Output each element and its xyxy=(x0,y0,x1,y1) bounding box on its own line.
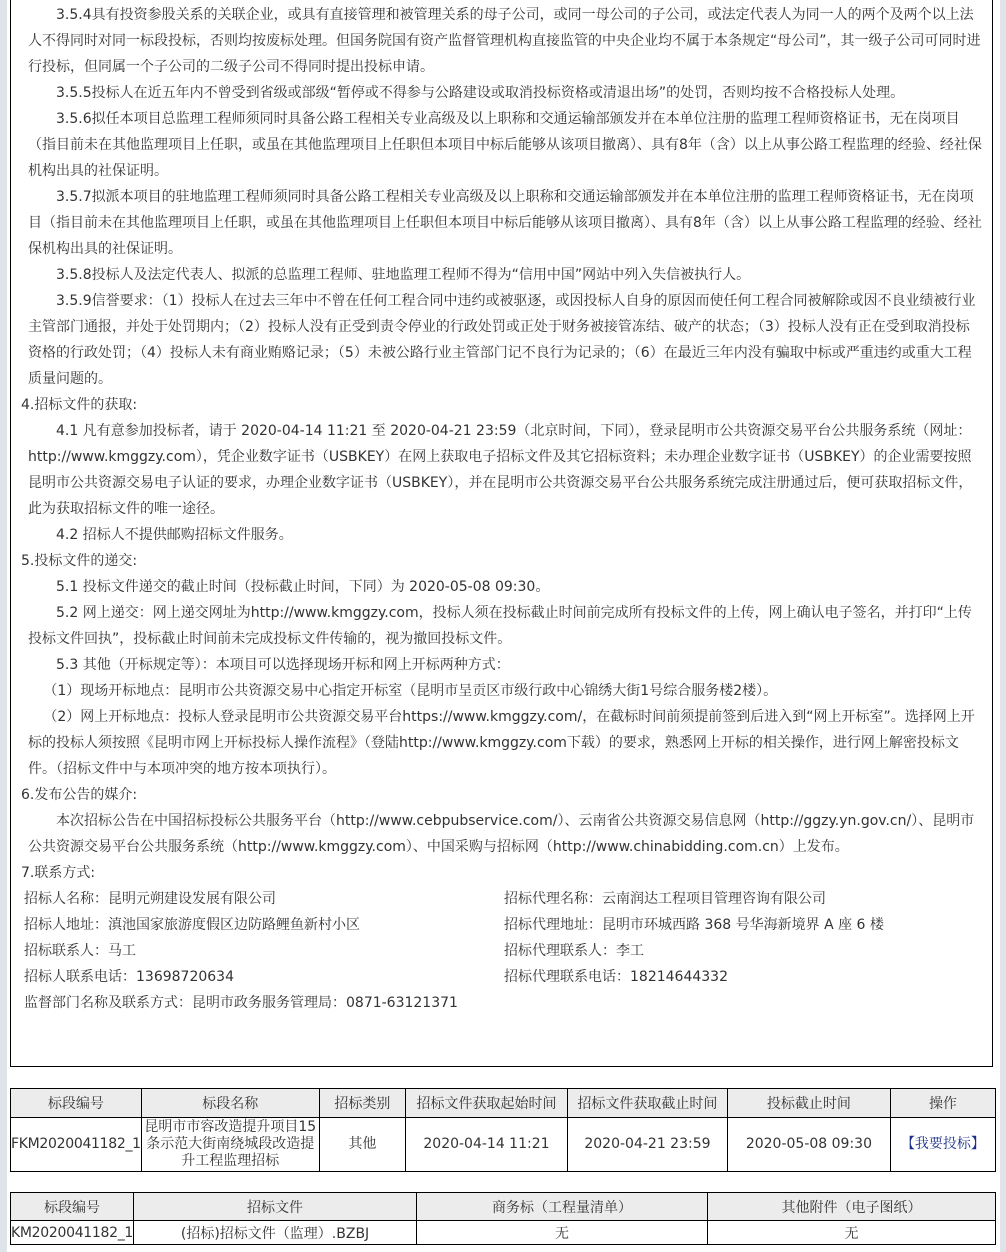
clause-3-5-9: 3.5.9信誉要求：（1）投标人在过去三年中不曾在任何工程合同中违约或被驱逐，或… xyxy=(28,288,982,392)
section-5-heading: 5.投标文件的递交: xyxy=(21,548,982,574)
clause-5-1: 5.1 投标文件递交的截止时间（投标截止时间，下同）为 2020-05-08 0… xyxy=(28,574,982,600)
col-header-bid-deadline: 投标截止时间 xyxy=(727,1089,890,1118)
clause-5-3-online: （2）网上开标地点：投标人登录昆明市公共资源交易平台https://www.km… xyxy=(28,704,982,782)
file-section-code: KM2020041182_1 xyxy=(11,1221,134,1245)
col-header-section-name: 标段名称 xyxy=(141,1089,319,1118)
doc-end-time: 2020-04-21 23:59 xyxy=(567,1118,727,1172)
clause-3-5-8: 3.5.8投标人及法定代表人、拟派的总监理工程师、驻地监理工程师不得为“信用中国… xyxy=(28,262,982,288)
tenderer-address: 招标人地址：滇池国家旅游度假区边防路鲤鱼新村小区 xyxy=(24,912,504,938)
files-table-header: 标段编号 招标文件 商务标（工程量清单） 其他附件（电子图纸） xyxy=(11,1193,996,1221)
clause-5-2: 5.2 网上递交：网上递交网址为http://www.kmggzy.com，投标… xyxy=(28,600,982,652)
section-code: FKM2020041182_1 xyxy=(11,1118,142,1172)
clause-5-3-onsite: （1）现场开标地点：昆明市公共资源交易中心指定开标室（昆明市呈贡区市级行政中心锦… xyxy=(28,678,982,704)
submit-bid-link[interactable]: 【我要投标】 xyxy=(901,1136,985,1152)
col-header-action: 操作 xyxy=(890,1089,995,1118)
table-row: KM2020041182_1 (招标)招标文件（监理）.BZBJ 无 无 xyxy=(11,1221,996,1245)
clause-3-5-6: 3.5.6拟任本项目总监理工程师须同时具备公路工程相关专业高级及以上职称和交通运… xyxy=(28,106,982,184)
agent-name: 招标代理名称：云南润达工程项目管理咨询有限公司 xyxy=(504,886,982,912)
tenderer-name: 招标人名称：昆明元朔建设发展有限公司 xyxy=(24,886,504,912)
col-header-section-code: 标段编号 xyxy=(11,1089,142,1118)
col-header-section-code: 标段编号 xyxy=(11,1193,134,1221)
agent-phone: 招标代理联系电话：18214644332 xyxy=(504,964,982,990)
col-header-doc-start: 招标文件获取起始时间 xyxy=(405,1089,567,1118)
col-header-category: 招标类别 xyxy=(319,1089,405,1118)
sections-table-header: 标段编号 标段名称 招标类别 招标文件获取起始时间 招标文件获取截止时间 投标截… xyxy=(11,1089,996,1118)
tenderer-contact: 招标联系人：马工 xyxy=(24,938,504,964)
announcement-body: 3.5.4具有投资参股关系的关联企业，或具有直接管理和被管理关系的母子公司，或同… xyxy=(10,0,993,1067)
commercial-file: 无 xyxy=(417,1221,708,1245)
bid-deadline: 2020-05-08 09:30 xyxy=(727,1118,890,1172)
action-cell: 【我要投标】 xyxy=(890,1118,995,1172)
tenderer-phone: 招标人联系电话：13698720634 xyxy=(24,964,504,990)
sections-table: 标段编号 标段名称 招标类别 招标文件获取起始时间 招标文件获取截止时间 投标截… xyxy=(10,1088,996,1172)
clause-5-3: 5.3 其他（开标规定等）：本项目可以选择现场开标和网上开标两种方式： xyxy=(28,652,982,678)
attachment-file: 无 xyxy=(707,1221,995,1245)
doc-start-time: 2020-04-14 11:21 xyxy=(405,1118,567,1172)
col-header-commercial: 商务标（工程量清单） xyxy=(417,1193,708,1221)
agent-address: 招标代理地址：昆明市环城西路 368 号华海新境界 A 座 6 楼 xyxy=(504,912,982,938)
table-row: FKM2020041182_1 昆明市市容改造提升项目15条示范大街南绕城段改造… xyxy=(11,1118,996,1172)
contact-grid: 招标人名称：昆明元朔建设发展有限公司 招标代理名称：云南润达工程项目管理咨询有限… xyxy=(24,886,982,990)
col-header-doc-end: 招标文件获取截止时间 xyxy=(567,1089,727,1118)
clause-3-5-7: 3.5.7拟派本项目的驻地监理工程师须同时具备公路工程相关专业高级及以上职称和交… xyxy=(28,184,982,262)
section-4-heading: 4.招标文件的获取: xyxy=(21,392,982,418)
page: 3.5.4具有投资参股关系的关联企业，或具有直接管理和被管理关系的母子公司，或同… xyxy=(7,0,1000,1252)
col-header-attachments: 其他附件（电子图纸） xyxy=(707,1193,995,1221)
tender-file[interactable]: (招标)招标文件（监理）.BZBJ xyxy=(134,1221,417,1245)
files-table: 标段编号 招标文件 商务标（工程量清单） 其他附件（电子图纸） KM202004… xyxy=(10,1192,996,1245)
clause-4-1: 4.1 凡有意参加投标者，请于 2020-04-14 11:21 至 2020-… xyxy=(28,418,982,522)
agent-contact: 招标代理联系人：李工 xyxy=(504,938,982,964)
clause-4-2: 4.2 招标人不提供邮购招标文件服务。 xyxy=(28,522,982,548)
section-name: 昆明市市容改造提升项目15条示范大街南绕城段改造提升工程监理招标 xyxy=(141,1118,319,1172)
section-6-heading: 6.发布公告的媒介: xyxy=(21,782,982,808)
clause-6-media: 本次招标公告在中国招标投标公共服务平台（http://www.cebpubser… xyxy=(28,808,982,860)
supervision-contact: 监督部门名称及联系方式：昆明市政务服务管理局：0871-63121371 xyxy=(24,990,982,1016)
clause-3-5-5: 3.5.5投标人在近五年内不曾受到省级或部级“暂停或不得参与公路建设或取消投标资… xyxy=(28,80,982,106)
clause-3-5-4: 3.5.4具有投资参股关系的关联企业，或具有直接管理和被管理关系的母子公司，或同… xyxy=(28,2,982,80)
col-header-tender-file: 招标文件 xyxy=(134,1193,417,1221)
section-7-heading: 7.联系方式: xyxy=(21,860,982,886)
section-category: 其他 xyxy=(319,1118,405,1172)
